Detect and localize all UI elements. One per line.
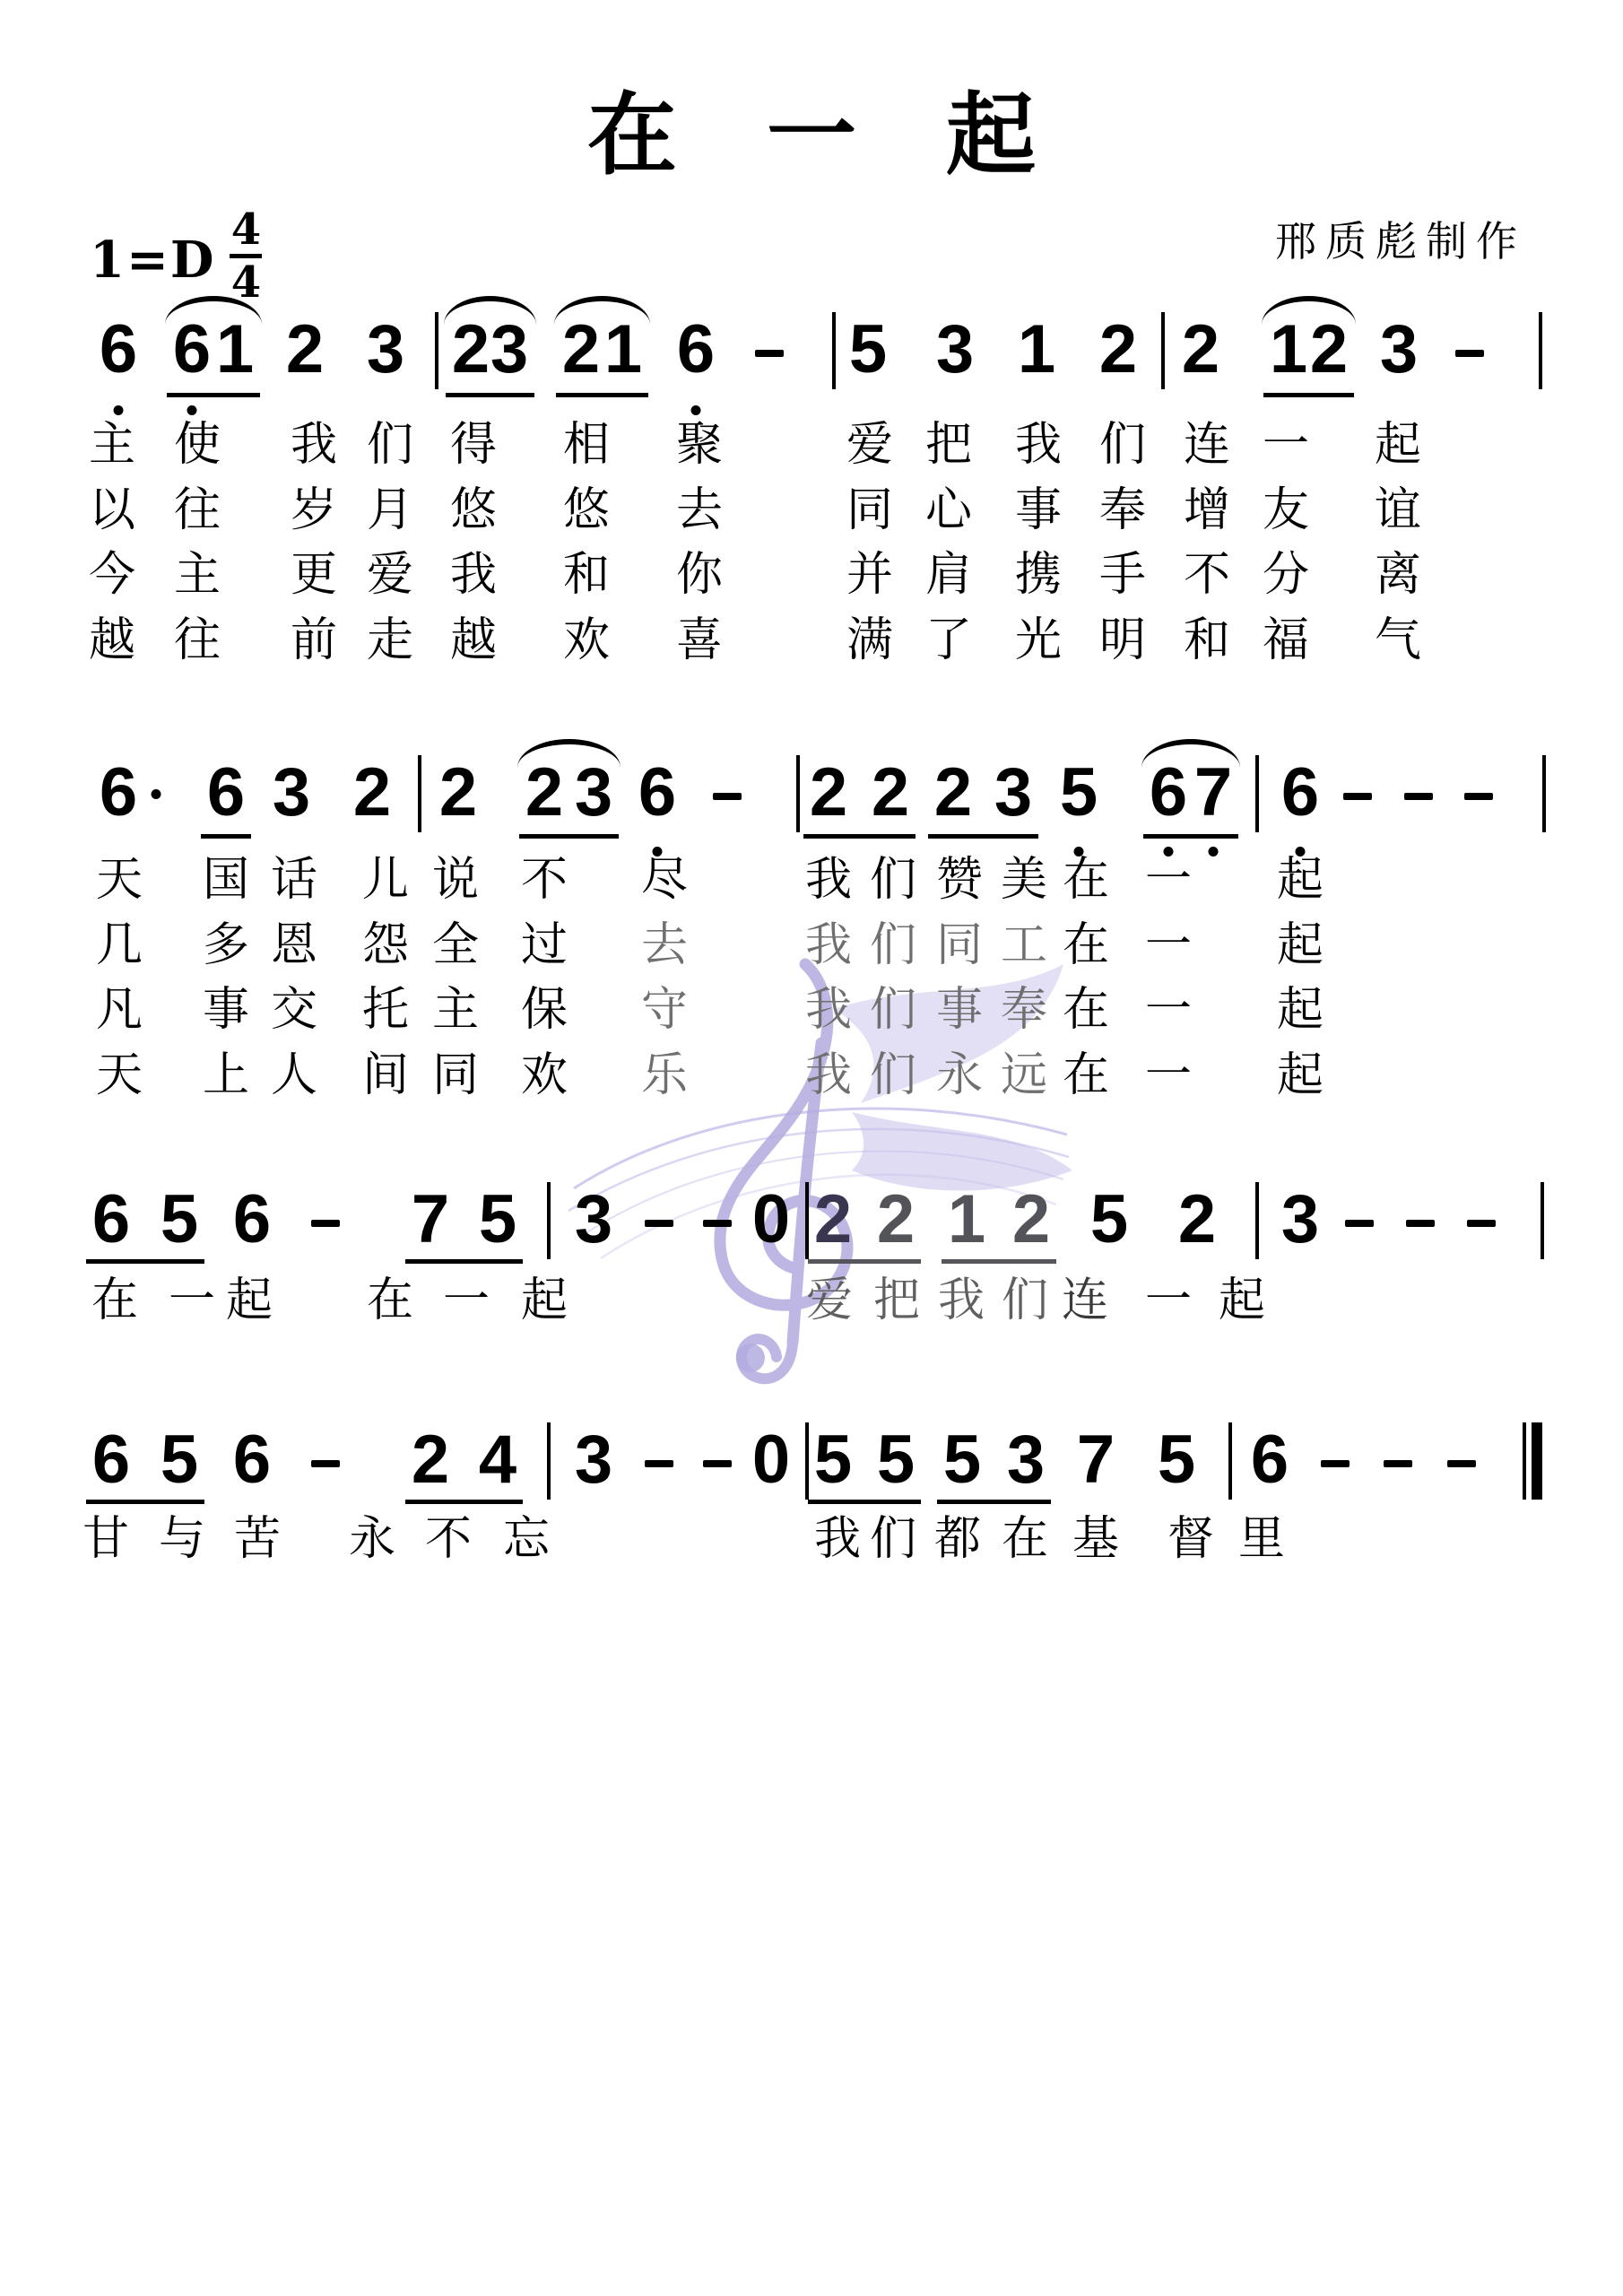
beam-underline xyxy=(942,1259,1056,1264)
lyric-char: 基 xyxy=(1072,1516,1119,1562)
lyric-char: 们 xyxy=(870,857,916,903)
lyric-char: 们 xyxy=(870,987,916,1033)
note: 2 xyxy=(286,316,324,384)
lyric-char: 尽 xyxy=(641,857,688,903)
lyric-char: 使 xyxy=(174,422,221,468)
barline xyxy=(805,1422,809,1500)
lyric-char: 今 xyxy=(89,552,135,598)
lyric-char: 事 xyxy=(1015,487,1062,534)
lyric-char: 们 xyxy=(870,1052,916,1099)
lyric-char: 都 xyxy=(934,1516,981,1562)
beam-underline xyxy=(86,1500,204,1504)
note: 5 xyxy=(1090,1186,1128,1254)
duration-dash xyxy=(755,350,784,357)
note: 6 xyxy=(1281,759,1319,827)
lyric-char: 远 xyxy=(1001,1052,1047,1099)
beam-underline xyxy=(405,1259,523,1264)
lyric-char: 主 xyxy=(432,987,479,1033)
lyric-char: 们 xyxy=(1099,422,1146,468)
lyric-char: 多 xyxy=(203,922,249,969)
lyric-char: 们 xyxy=(1002,1277,1048,1324)
duration-dash xyxy=(1343,793,1372,800)
score-layer: 661232321653122123主使我们得相聚爱把我们连一起以往岁月悠悠去同… xyxy=(0,0,1623,2296)
lyric-char: 悠 xyxy=(563,487,610,534)
lyric-char: 不 xyxy=(521,857,568,903)
lyric-char: 爱 xyxy=(806,1277,853,1324)
lyric-char: 守 xyxy=(641,987,688,1033)
lyric-char: 连 xyxy=(1184,422,1230,468)
lyric-char: 天 xyxy=(96,1052,143,1099)
note: 6 xyxy=(207,759,245,827)
lyric-char: 把 xyxy=(873,1277,920,1324)
note: 2 xyxy=(1182,316,1219,384)
lyric-char: 在 xyxy=(1063,987,1109,1033)
note: 2 xyxy=(810,759,847,827)
note: 2 xyxy=(1178,1186,1216,1254)
note: 1 xyxy=(948,1186,985,1254)
lyric-char: 在 xyxy=(1063,857,1109,903)
lyric-char: 和 xyxy=(1184,617,1230,664)
lyric-char: 恩 xyxy=(271,922,317,969)
note: 2 xyxy=(1310,316,1348,384)
lyric-char: 说 xyxy=(432,857,479,903)
lyric-char: 甘 xyxy=(82,1516,129,1562)
beam-underline xyxy=(1263,393,1354,397)
lyric-char: 乐 xyxy=(641,1052,688,1099)
lyric-char: 永 xyxy=(349,1516,395,1562)
lyric-char: 们 xyxy=(870,922,916,969)
note: 2 xyxy=(525,759,563,827)
note: 6 xyxy=(92,1426,130,1494)
lyric-char: 工 xyxy=(1001,922,1047,969)
barline xyxy=(832,312,836,389)
note: 5 xyxy=(479,1186,516,1254)
lyric-char: 分 xyxy=(1263,552,1309,598)
lyric-char: 喜 xyxy=(676,617,723,664)
duration-dash xyxy=(1467,1220,1496,1227)
lyric-char: 全 xyxy=(432,922,479,969)
note: 1 xyxy=(216,316,254,384)
duration-dash xyxy=(1464,793,1493,800)
lyric-char: 一 xyxy=(1145,987,1192,1033)
beam-underline xyxy=(937,1500,1051,1504)
lyric-char: 起 xyxy=(1277,857,1324,903)
final-barline-thin xyxy=(1523,1422,1526,1500)
lyric-char: 主 xyxy=(174,552,221,598)
note: 6 xyxy=(638,759,676,827)
lyric-char: 在 xyxy=(91,1277,138,1324)
note: 2 xyxy=(1012,1186,1050,1254)
note: 2 xyxy=(353,759,391,827)
duration-dash xyxy=(1321,1460,1350,1467)
lyric-char: 往 xyxy=(174,487,221,534)
note: 2 xyxy=(934,759,972,827)
note: 1 xyxy=(1270,316,1307,384)
note: 6 xyxy=(173,316,211,384)
lyric-char: 苦 xyxy=(234,1516,281,1562)
lyric-char: 间 xyxy=(362,1052,409,1099)
lyric-char: 起 xyxy=(1277,922,1324,969)
lyric-char: 以 xyxy=(89,487,135,534)
music-sheet-page: 在一起 1=D 4 4 邢质彪制作 661232321653122123主使我们… xyxy=(0,0,1623,2296)
note: 3 xyxy=(575,759,612,827)
lyric-char: 我 xyxy=(1015,422,1062,468)
note: 3 xyxy=(490,316,528,384)
lyric-char: 往 xyxy=(174,617,221,664)
octave-dot xyxy=(114,405,124,415)
lyric-char: 事 xyxy=(936,987,983,1033)
lyric-char: 谊 xyxy=(1375,487,1421,534)
lyric-char: 福 xyxy=(1263,617,1309,664)
lyric-char: 起 xyxy=(1277,1052,1324,1099)
lyric-char: 我 xyxy=(938,1277,985,1324)
barline xyxy=(796,755,800,832)
note: 5 xyxy=(161,1426,198,1494)
octave-dot xyxy=(1209,847,1219,857)
note: 6 xyxy=(677,316,715,384)
beam-underline xyxy=(928,834,1038,839)
lyric-char: 里 xyxy=(1238,1516,1285,1562)
beam-underline xyxy=(201,834,251,839)
lyric-char: 主 xyxy=(89,422,135,468)
lyric-char: 儿 xyxy=(362,857,409,903)
lyric-char: 们 xyxy=(870,1516,916,1562)
lyric-char: 聚 xyxy=(676,422,723,468)
note: 3 xyxy=(1007,1426,1045,1494)
note: 5 xyxy=(1060,759,1098,827)
lyric-char: 不 xyxy=(425,1516,472,1562)
lyric-char: 国 xyxy=(203,857,249,903)
lyric-char: 起 xyxy=(1219,1277,1265,1324)
note: 6 xyxy=(1150,759,1187,827)
note: 1 xyxy=(604,316,642,384)
note: 3 xyxy=(273,759,310,827)
lyric-char: 岁 xyxy=(291,487,337,534)
lyric-char: 了 xyxy=(925,617,972,664)
note: 5 xyxy=(1158,1426,1195,1494)
lyric-char: 起 xyxy=(1277,987,1324,1033)
lyric-char: 前 xyxy=(291,617,337,664)
octave-dot xyxy=(691,405,701,415)
lyric-char: 督 xyxy=(1167,1516,1214,1562)
note: 3 xyxy=(367,316,404,384)
lyric-char: 人 xyxy=(271,1052,317,1099)
lyric-char: 托 xyxy=(362,987,409,1033)
note: 5 xyxy=(814,1426,852,1494)
note: 7 xyxy=(1077,1426,1115,1494)
lyric-char: 你 xyxy=(676,552,723,598)
lyric-char: 几 xyxy=(96,922,143,969)
barline xyxy=(1255,755,1259,832)
lyric-char: 手 xyxy=(1099,552,1146,598)
note: 2 xyxy=(439,759,477,827)
lyric-char: 欢 xyxy=(521,1052,568,1099)
lyric-char: 并 xyxy=(846,552,893,598)
lyric-char: 和 xyxy=(563,552,610,598)
rest-note: 0 xyxy=(752,1426,790,1494)
note: 1 xyxy=(1018,316,1055,384)
lyric-char: 在 xyxy=(1002,1516,1048,1562)
lyric-char: 越 xyxy=(89,617,135,664)
lyric-char: 在 xyxy=(367,1277,413,1324)
barline xyxy=(547,1422,551,1500)
lyric-char: 不 xyxy=(1184,552,1230,598)
lyric-char: 去 xyxy=(676,487,723,534)
beam-underline xyxy=(86,1259,204,1264)
lyric-char: 携 xyxy=(1015,552,1062,598)
lyric-char: 肩 xyxy=(925,552,972,598)
duration-dash xyxy=(645,1220,673,1227)
duration-dash xyxy=(703,1220,732,1227)
lyric-char: 去 xyxy=(641,922,688,969)
note: 2 xyxy=(562,316,600,384)
note: 3 xyxy=(575,1186,612,1254)
barline xyxy=(1541,1182,1544,1259)
note: 7 xyxy=(412,1186,449,1254)
lyric-char: 一 xyxy=(443,1277,490,1324)
lyric-char: 光 xyxy=(1015,617,1062,664)
note: 6 xyxy=(233,1426,271,1494)
lyric-char: 心 xyxy=(925,487,972,534)
note: 6 xyxy=(233,1186,271,1254)
lyric-char: 与 xyxy=(159,1516,205,1562)
duration-dash xyxy=(1406,1220,1435,1227)
lyric-char: 离 xyxy=(1375,552,1421,598)
barline xyxy=(1542,755,1546,832)
lyric-char: 凡 xyxy=(96,987,143,1033)
beam-underline xyxy=(446,393,534,397)
barline xyxy=(418,755,421,832)
final-barline-thick xyxy=(1532,1422,1542,1500)
lyric-char: 增 xyxy=(1184,487,1230,534)
barline xyxy=(1539,312,1542,389)
duration-dash xyxy=(1447,1460,1476,1467)
lyric-char: 走 xyxy=(367,617,413,664)
note: 3 xyxy=(994,759,1032,827)
lyric-char: 在 xyxy=(1063,1052,1109,1099)
lyric-char: 爱 xyxy=(846,422,893,468)
lyric-char: 起 xyxy=(521,1277,568,1324)
lyric-char: 更 xyxy=(291,552,337,598)
lyric-char: 相 xyxy=(563,422,610,468)
beam-underline xyxy=(808,1259,921,1264)
beam-underline xyxy=(167,393,260,397)
lyric-char: 把 xyxy=(925,422,972,468)
rest-note: 0 xyxy=(752,1186,790,1254)
duration-dash xyxy=(645,1460,673,1467)
lyric-char: 悠 xyxy=(450,487,497,534)
lyric-char: 同 xyxy=(936,922,983,969)
barline xyxy=(547,1182,551,1259)
duration-dash xyxy=(713,793,742,800)
beam-underline xyxy=(808,1500,921,1504)
note: 6 xyxy=(1251,1426,1289,1494)
lyric-char: 我 xyxy=(291,422,337,468)
lyric-char: 话 xyxy=(271,857,317,903)
lyric-char: 一 xyxy=(169,1277,215,1324)
lyric-char: 奉 xyxy=(1099,487,1146,534)
lyric-char: 天 xyxy=(96,857,143,903)
lyric-char: 起 xyxy=(1375,422,1421,468)
note: 2 xyxy=(872,759,909,827)
note: 5 xyxy=(943,1426,981,1494)
beam-underline xyxy=(556,393,648,397)
lyric-char: 我 xyxy=(805,857,852,903)
lyric-char: 奉 xyxy=(1001,987,1047,1033)
lyric-char: 赞 xyxy=(936,857,983,903)
lyric-char: 爱 xyxy=(367,552,413,598)
note: 2 xyxy=(814,1186,852,1254)
lyric-char: 连 xyxy=(1062,1277,1108,1324)
lyric-char: 们 xyxy=(367,422,413,468)
lyric-char: 起 xyxy=(226,1277,273,1324)
beam-underline xyxy=(803,834,916,839)
lyric-char: 我 xyxy=(814,1516,861,1562)
lyric-char: 友 xyxy=(1263,487,1309,534)
lyric-char: 上 xyxy=(203,1052,249,1099)
lyric-char: 一 xyxy=(1145,1052,1192,1099)
lyric-char: 一 xyxy=(1145,857,1192,903)
beam-underline xyxy=(1143,834,1238,839)
note: 5 xyxy=(877,1426,915,1494)
lyric-char: 气 xyxy=(1375,617,1421,664)
octave-dot xyxy=(187,405,197,415)
duration-dash xyxy=(1345,1220,1374,1227)
lyric-char: 满 xyxy=(846,617,893,664)
note: 6 xyxy=(100,316,137,384)
barline xyxy=(1228,1422,1232,1500)
lyric-char: 一 xyxy=(1145,922,1192,969)
lyric-char: 越 xyxy=(450,617,497,664)
lyric-char: 保 xyxy=(521,987,568,1033)
augmentation-dot xyxy=(152,789,161,799)
duration-dash xyxy=(1455,350,1484,357)
lyric-char: 得 xyxy=(450,422,497,468)
beam-underline xyxy=(405,1500,523,1504)
lyric-char: 欢 xyxy=(563,617,610,664)
lyric-char: 明 xyxy=(1099,617,1146,664)
duration-dash xyxy=(311,1220,340,1227)
note: 2 xyxy=(412,1426,449,1494)
duration-dash xyxy=(311,1460,340,1467)
lyric-char: 在 xyxy=(1063,922,1109,969)
note: 4 xyxy=(479,1426,516,1494)
duration-dash xyxy=(1404,793,1433,800)
lyric-char: 交 xyxy=(271,987,317,1033)
barline xyxy=(805,1182,809,1259)
note: 6 xyxy=(100,759,137,827)
note: 3 xyxy=(936,316,974,384)
note: 2 xyxy=(877,1186,915,1254)
barline xyxy=(435,312,438,389)
lyric-char: 事 xyxy=(203,987,249,1033)
note: 5 xyxy=(161,1186,198,1254)
lyric-char: 同 xyxy=(846,487,893,534)
lyric-char: 怨 xyxy=(362,922,409,969)
lyric-char: 我 xyxy=(450,552,497,598)
duration-dash xyxy=(703,1460,732,1467)
lyric-char: 一 xyxy=(1263,422,1309,468)
note: 2 xyxy=(1099,316,1137,384)
lyric-char: 美 xyxy=(1001,857,1047,903)
barline xyxy=(1161,312,1165,389)
barline xyxy=(1255,1182,1259,1259)
duration-dash xyxy=(1384,1460,1412,1467)
lyric-char: 我 xyxy=(805,1052,852,1099)
beam-underline xyxy=(519,834,619,839)
lyric-char: 月 xyxy=(367,487,413,534)
lyric-char: 一 xyxy=(1145,1277,1192,1324)
note: 3 xyxy=(1281,1186,1319,1254)
note: 3 xyxy=(575,1426,612,1494)
note: 6 xyxy=(92,1186,130,1254)
lyric-char: 我 xyxy=(805,922,852,969)
lyric-char: 永 xyxy=(936,1052,983,1099)
note: 2 xyxy=(452,316,490,384)
note: 7 xyxy=(1194,759,1232,827)
lyric-char: 忘 xyxy=(503,1516,550,1562)
lyric-char: 同 xyxy=(432,1052,479,1099)
note: 5 xyxy=(849,316,887,384)
note: 3 xyxy=(1380,316,1418,384)
lyric-char: 我 xyxy=(805,987,852,1033)
lyric-char: 过 xyxy=(521,922,568,969)
